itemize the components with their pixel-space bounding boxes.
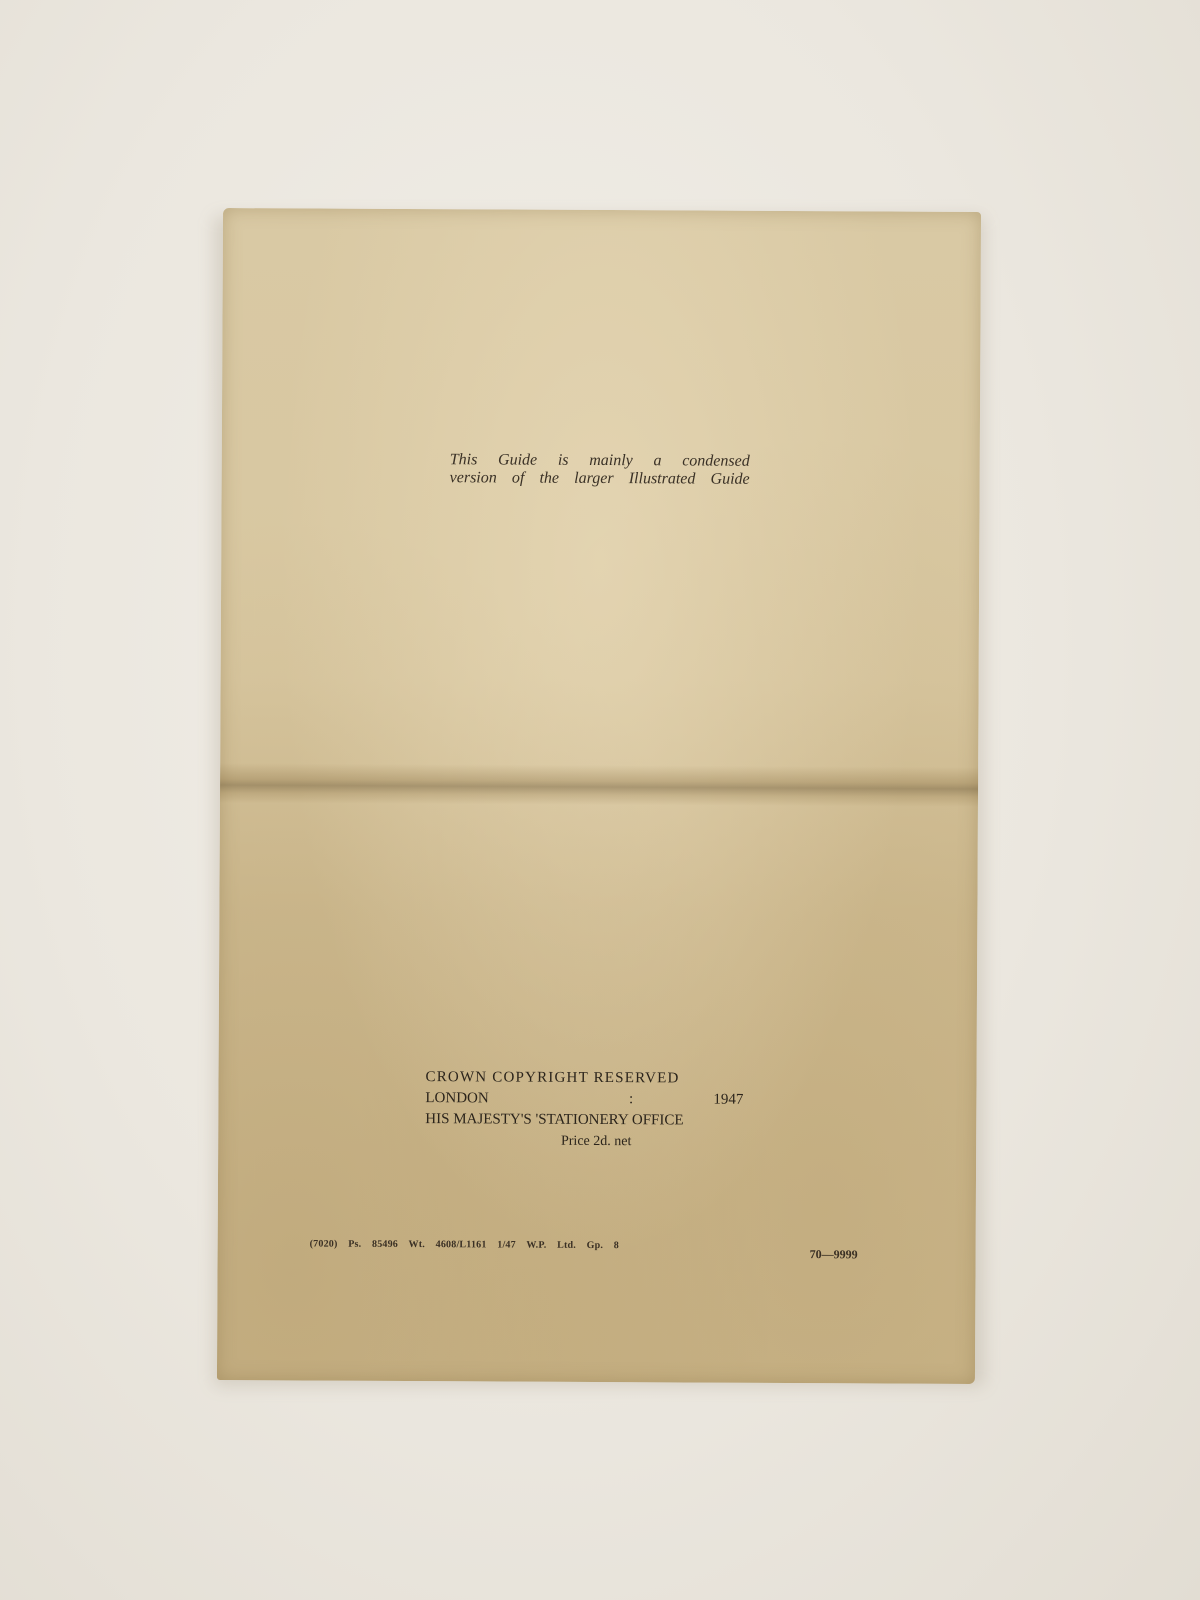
booklet-back-cover: This Guide is mainly a condensed version…	[217, 208, 981, 1384]
imprint-block: CROWN COPYRIGHT RESERVED LONDON : 1947 H…	[425, 1067, 743, 1153]
city-year-line: LONDON : 1947	[425, 1088, 743, 1111]
copyright-line: CROWN COPYRIGHT RESERVED	[425, 1067, 743, 1090]
note-line-1: This Guide is mainly a condensed	[450, 451, 750, 471]
catalogue-code: 70—9999	[810, 1247, 858, 1262]
year: 1947	[713, 1090, 743, 1111]
note-line-2: version of the larger Illustrated Guide	[450, 469, 750, 489]
publisher: HIS MAJESTY'S 'STATIONERY OFFICE	[425, 1109, 683, 1131]
separator: :	[629, 1089, 633, 1110]
city: LONDON	[425, 1088, 488, 1109]
price: Price 2d. net	[449, 1130, 743, 1153]
printer-line: (7020) Ps. 85496 Wt. 4608/L1161 1/47 W.P…	[310, 1238, 619, 1251]
copyright-text: CROWN COPYRIGHT RESERVED	[425, 1067, 679, 1089]
publisher-line: HIS MAJESTY'S 'STATIONERY OFFICE	[425, 1109, 743, 1132]
fold-crease	[220, 763, 978, 807]
condensed-guide-note: This Guide is mainly a condensed version…	[450, 451, 750, 489]
